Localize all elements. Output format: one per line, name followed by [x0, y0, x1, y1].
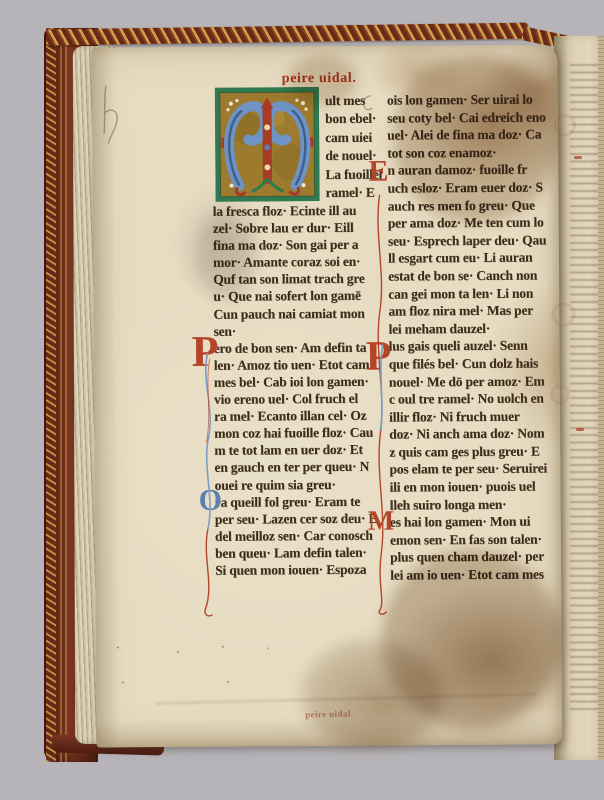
gold-tooling-line	[60, 28, 62, 762]
text-line: seu· Esprech laper deu· Qau	[388, 232, 560, 251]
text-line: pos elam te per seu· Seruirei	[389, 461, 561, 480]
column2-stanza2: n auran damoz· fuoille fruch esloz· Eram…	[387, 162, 560, 339]
text-line: mor· Amante coraz soi en·	[213, 254, 393, 272]
column2-stanza3: lus gais queli auzel· Sennque filés bel·…	[389, 338, 562, 515]
text-line: can gei mon ta len· Li non	[388, 285, 560, 304]
text-line: vio ereno uel· Col fruch el	[214, 391, 394, 409]
column1-stanza1: la fresca floz· Ecinte ill auzel· Sobre …	[213, 203, 394, 341]
manuscript-page: peire uidal.	[92, 44, 563, 747]
text-line: zel· Sobre lau er dur· Eill	[213, 220, 393, 238]
text-line: emon sen· En fas son talen·	[390, 531, 562, 550]
text-line: plus quen cham dauzel· per	[390, 549, 562, 568]
text-line: doz· Ni anch ama doz· Nom	[389, 426, 561, 445]
attribution-rubric-bottom: peire uidal	[305, 708, 351, 719]
initial-letter-p: P	[366, 336, 392, 378]
text-line: la fresca floz· Ecinte ill au	[213, 203, 393, 221]
text-line: m te tot lam en uer doz· Et	[214, 442, 394, 460]
text-line: ili en mon iouen· puois uel	[390, 478, 562, 497]
text-line: es hai lon gamen· Mon ui	[390, 514, 562, 533]
text-line: uel· Alei de fina ma doz· Ca	[387, 127, 559, 146]
text-line: en gauch en ter per queu· N	[214, 459, 394, 477]
text-line: ult mes	[325, 93, 391, 112]
right-page-edges	[598, 36, 604, 760]
text-line: cam uiei	[325, 129, 391, 148]
initial-letter-m: M	[368, 508, 395, 536]
text-line: lleh suiro longa men·	[390, 496, 562, 515]
text-line: Quf tan son limat trach gre	[213, 271, 393, 289]
text-line: u· Que nai sofert lon gamē	[213, 288, 393, 306]
text-line: Cun pauch nai camiat mon	[213, 305, 393, 323]
prick-holes	[117, 646, 119, 648]
text-line: Si quen mon iouen· Espoza	[215, 561, 395, 579]
text-line: lus gais queli auzel· Senn	[389, 338, 561, 357]
text-line: n auran damoz· fuoille fr	[387, 162, 559, 181]
text-line: per ama doz· Me ten cum lo	[388, 215, 560, 234]
text-line: ben queu· Lam defin talen·	[215, 544, 395, 562]
column2-stanza1: ois lon gamen· Ser uirai loseu coty bel·…	[387, 91, 559, 163]
gold-tooling-line	[65, 28, 67, 762]
next-folio-red-initial	[576, 428, 584, 431]
illuminated-initial-m	[215, 87, 320, 202]
initial-letter-o: O	[199, 486, 223, 516]
text-line: que filés bel· Cun dolz hais	[389, 355, 561, 374]
text-line: ll esgart cum eu· Li auran	[388, 250, 560, 269]
next-folio-red-initial	[574, 156, 582, 159]
initial-letter-e: E	[368, 157, 388, 187]
text-line: illir floz· Ni fruch muer	[389, 408, 561, 427]
text-line: estat de bon se· Canch non	[388, 267, 560, 286]
text-line: mon coz hai fuoille floz· Cau	[214, 425, 394, 443]
column2-stanza4: es hai lon gamen· Mon uiemon sen· En fas…	[390, 514, 562, 586]
initial-letter-p: P	[192, 330, 219, 374]
text-line: ra mel· Ecanto illan cel· Oz	[214, 408, 394, 426]
next-folio-text-showthrough	[570, 62, 600, 710]
text-line: lei am io uen· Etot cam mes	[390, 566, 562, 585]
illuminated-initial-artwork	[215, 87, 320, 202]
text-line: lei meham dauzel·	[388, 320, 560, 339]
margin-pen-mark	[98, 83, 124, 145]
attribution-rubric-top: peire uidal.	[282, 71, 357, 88]
text-line: uch esloz· Eram euer doz· S	[387, 179, 559, 198]
column2: E P M ois lon gamen· Ser uirai loseu cot…	[387, 91, 562, 585]
text-line: auch res men fo greu· Que	[388, 197, 560, 216]
text-line: tot son coz enamoz·	[387, 144, 559, 163]
text-line: nouel· Me dō per amoz· Em	[389, 373, 561, 392]
text-line: ouei re quim sia greu·	[215, 476, 395, 494]
text-line: ois lon gamen· Ser uirai lo	[387, 91, 559, 110]
text-line: am floz nira mel· Mas per	[388, 302, 560, 321]
book-cover-top-edge	[46, 23, 528, 46]
text-line: c oul tre ramel· No uolch en	[389, 390, 561, 409]
gold-tooling-band	[46, 28, 56, 762]
text-line: seu coty bel· Cai edreich eno	[387, 109, 559, 128]
manuscript-photo: { "document": { "top_rubric": "peire uid…	[0, 0, 604, 800]
text-line: fina ma doz· Son gai per a	[213, 237, 393, 255]
text-line: z quis cam ges plus greu· E	[389, 443, 561, 462]
text-line: bon ebel·	[325, 111, 391, 130]
